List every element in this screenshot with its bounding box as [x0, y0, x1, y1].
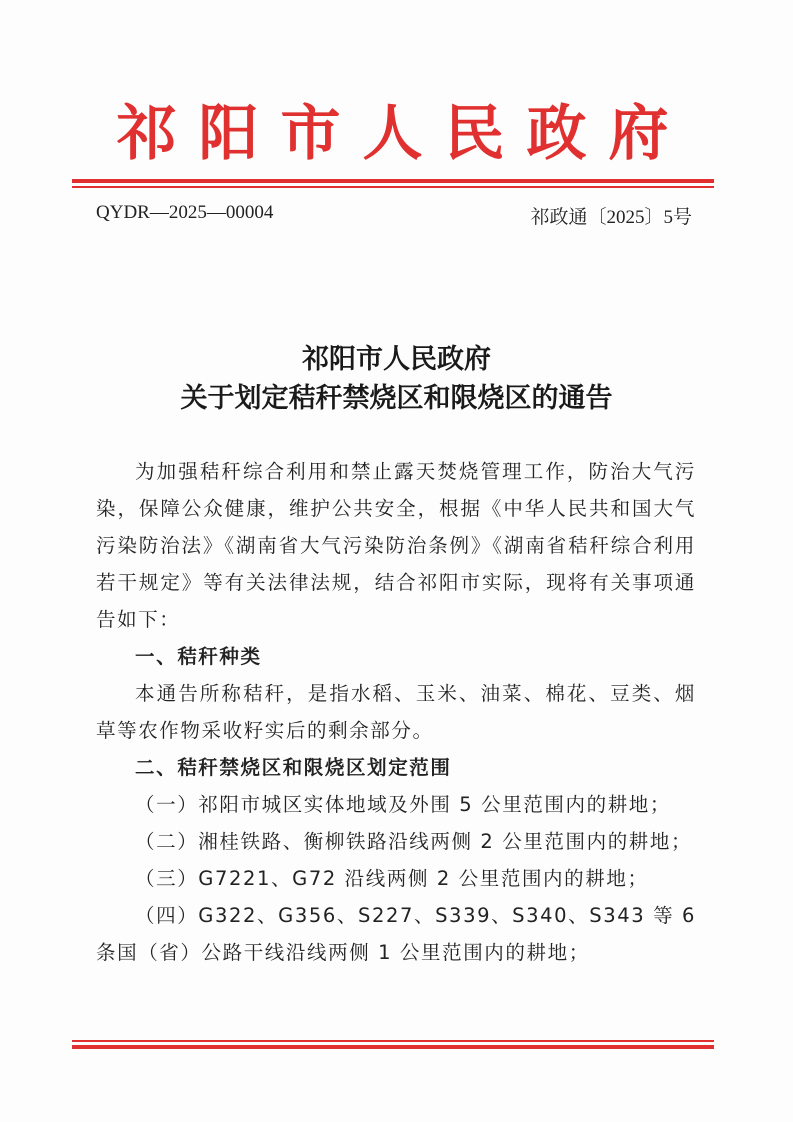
issue-number: 祁政通〔2025〕5号 — [530, 202, 692, 229]
document-code: QYDR—2025—00004 — [96, 202, 273, 224]
document-title-line-1: 祁阳市人民政府 — [0, 337, 793, 376]
section-2-item-1: （一）祁阳市城区实体地域及外围 5 公里范围内的耕地； — [96, 786, 696, 823]
masthead-title: 祁阳市人民政府 — [0, 96, 793, 172]
section-heading-1: 一、秸秆种类 — [96, 638, 696, 675]
section-2-item-4: （四）G322、G356、S227、S339、S340、S343 等 6 条国（… — [96, 897, 696, 971]
document-page: 祁阳市人民政府 QYDR—2025—00004 祁政通〔2025〕5号 祁阳市人… — [0, 0, 793, 1122]
masthead-divider-thin — [72, 186, 714, 188]
section-2-item-3: （三）G7221、G72 沿线两侧 2 公里范围内的耕地； — [96, 860, 696, 897]
section-2-item-2: （二）湘桂铁路、衡柳铁路沿线两侧 2 公里范围内的耕地； — [96, 823, 696, 860]
document-title-line-2: 关于划定秸秆禁烧区和限烧区的通告 — [0, 376, 793, 415]
section-1-paragraph: 本通告所称秸秆，是指水稻、玉米、油菜、棉花、豆类、烟草等农作物采收籽实后的剩余部… — [96, 675, 696, 749]
footer-divider-thin — [72, 1040, 714, 1042]
footer-divider-thick — [72, 1045, 714, 1049]
document-number-row: QYDR—2025—00004 祁政通〔2025〕5号 — [96, 202, 692, 230]
masthead-divider-thick — [72, 179, 714, 183]
intro-paragraph: 为加强秸秆综合利用和禁止露天焚烧管理工作，防治大气污染，保障公众健康，维护公共安… — [96, 453, 696, 638]
section-heading-2: 二、秸秆禁烧区和限烧区划定范围 — [96, 749, 696, 786]
document-body: 为加强秸秆综合利用和禁止露天焚烧管理工作，防治大气污染，保障公众健康，维护公共安… — [96, 453, 696, 971]
